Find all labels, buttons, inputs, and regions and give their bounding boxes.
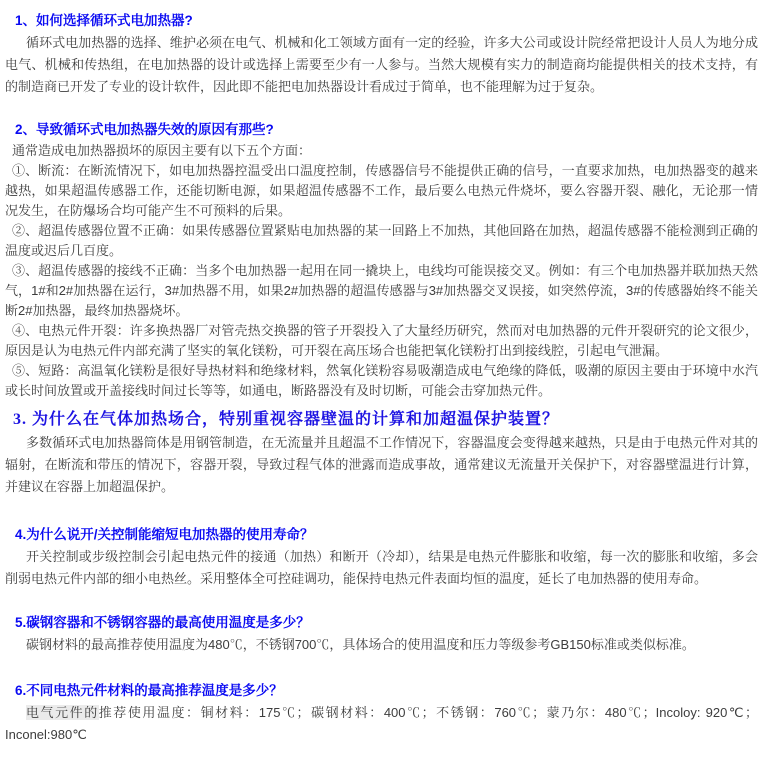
question-heading-5: 5.碳钢容器和不锈钢容器的最高使用温度是多少？ [15,612,758,634]
cause-item-2: ②、超温传感器位置不正确：如果传感器位置紧贴电加热器的某一回路上不加热，其他回路… [5,221,758,261]
answer-paragraph-6-rest: 推荐使用温度：铜材料：175℃；碳钢材料：400℃；不锈钢：760℃；蒙乃尔：4… [5,705,758,742]
question-heading-3: 3. 为什么在气体加热场合，特别重视容器壁温的计算和加超温保护装置？ [13,408,758,432]
document-page: 1、如何选择循环式电加热器? 循环式电加热器的选择、维护必须在电气、机械和化工领… [0,0,766,764]
answer-intro-2: 通常造成电加热器损坏的原因主要有以下五个方面： [5,141,758,161]
cause-item-1: ①、断流：在断流情况下，如电加热器控温受出口温度控制，传感器信号不能提供正确的信… [5,161,758,221]
cause-list: ①、断流：在断流情况下，如电加热器控温受出口温度控制，传感器信号不能提供正确的信… [5,161,758,401]
cause-item-3: ③、超温传感器的接线不正确：当多个电加热器一起用在同一撬块上，电线均可能误接交叉… [5,261,758,321]
question-heading-6: 6.不同电热元件材料的最高推荐温度是多少？ [15,680,758,702]
answer-paragraph-6: 电气元件的推荐使用温度：铜材料：175℃；碳钢材料：400℃；不锈钢：760℃；… [5,702,758,746]
cause-item-4: ④、电热元件开裂：许多换热器厂对管壳热交换器的管子开裂投入了大量经历研究，然而对… [5,321,758,361]
answer-paragraph-1: 循环式电加热器的选择、维护必须在电气、机械和化工领域方面有一定的经验，许多大公司… [5,32,758,98]
question-heading-4: 4.为什么说开/关控制能缩短电加热器的使用寿命？ [15,524,758,546]
cause-item-5: ⑤、短路：高温氧化镁粉是很好导热材料和绝缘材料，然氧化镁粉容易吸潮造成电气绝缘的… [5,361,758,401]
answer-paragraph-4: 开关控制或步级控制会引起电热元件的接通（加热）和断开（冷却），结果是电热元件膨胀… [5,546,758,590]
answer-paragraph-5: 碳钢材料的最高推荐使用温度为480℃，不锈钢700℃，具体场合的使用温度和压力等… [5,634,758,656]
question-heading-2: 2、导致循环式电加热器失效的原因有那些? [15,119,758,141]
highlighted-text: 电气元件的 [26,705,99,720]
question-heading-1: 1、如何选择循环式电加热器? [15,10,758,32]
answer-paragraph-3: 多数循环式电加热器筒体是用钢管制造，在无流量并且超温不工作情况下，容器温度会变得… [5,432,758,498]
